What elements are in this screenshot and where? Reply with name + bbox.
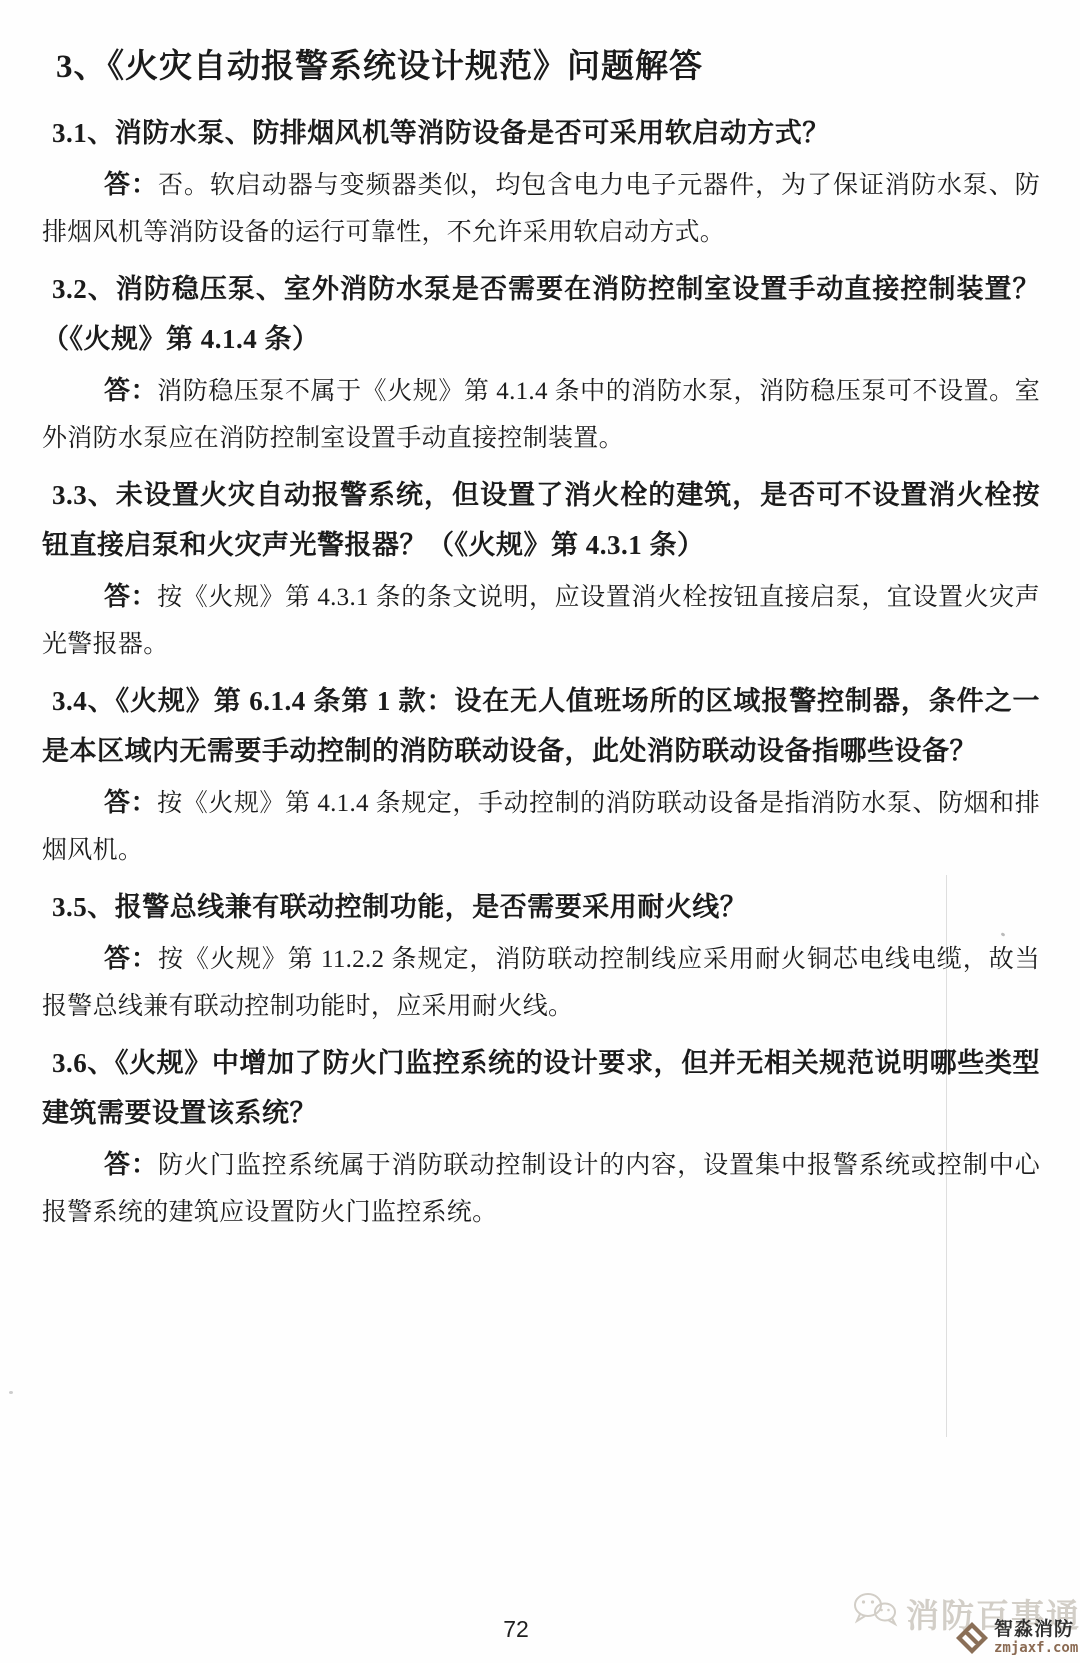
qa-item: 3.2、消防稳压泵、室外消防水泵是否需要在消防控制室设置手动直接控制装置？（《火…	[42, 264, 1040, 462]
answer-paragraph: 答：消防稳压泵不属于《火规》第 4.1.4 条中的消防水泵，消防稳压泵可不设置。…	[42, 367, 1040, 462]
answer-label: 答：	[104, 944, 158, 973]
question-text: 3.6、《火规》中增加了防火门监控系统的设计要求，但并无相关规范说明哪些类型建筑…	[42, 1038, 1040, 1138]
logo: 智淼消防 zmjaxf.com	[954, 1620, 1078, 1661]
answer-text: 消防稳压泵不属于《火规》第 4.1.4 条中的消防水泵，消防稳压泵可不设置。室外…	[42, 378, 1040, 452]
answer-label: 答：	[104, 170, 158, 199]
answer-paragraph: 答：按《火规》第 11.2.2 条规定，消防联动控制线应采用耐火铜芯电线电缆，故…	[42, 935, 1040, 1030]
page-title: 3、《火灾自动报警系统设计规范》问题解答	[56, 36, 1040, 98]
scan-artifact-line	[946, 875, 947, 1437]
logo-name: 智淼消防	[994, 1620, 1078, 1639]
question-text: 3.4、《火规》第 6.1.4 条第 1 款：设在无人值班场所的区域报警控制器，…	[42, 676, 1040, 776]
answer-label: 答：	[104, 582, 157, 611]
question-text: 3.2、消防稳压泵、室外消防水泵是否需要在消防控制室设置手动直接控制装置？（《火…	[42, 264, 1040, 364]
qa-item: 3.1、消防水泵、防排烟风机等消防设备是否可采用软启动方式？ 答：否。软启动器与…	[42, 108, 1040, 256]
answer-label: 答：	[104, 1150, 158, 1179]
question-text: 3.5、报警总线兼有联动控制功能，是否需要采用耐火线？	[42, 882, 1040, 932]
qa-item: 3.3、未设置火灾自动报警系统，但设置了消火栓的建筑，是否可不设置消火栓按钮直接…	[42, 470, 1040, 668]
diamond-logo-icon	[954, 1620, 990, 1661]
qa-item: 3.5、报警总线兼有联动控制功能，是否需要采用耐火线？ 答：按《火规》第 11.…	[42, 882, 1040, 1030]
document-page: 3、《火灾自动报警系统设计规范》问题解答 3.1、消防水泵、防排烟风机等消防设备…	[0, 0, 1080, 1663]
answer-paragraph: 答：按《火规》第 4.3.1 条的条文说明，应设置消火栓按钮直接启泵，宜设置火灾…	[42, 573, 1040, 668]
answer-text: 按《火规》第 11.2.2 条规定，消防联动控制线应采用耐火铜芯电线电缆，故当报…	[42, 946, 1040, 1020]
answer-text: 按《火规》第 4.3.1 条的条文说明，应设置消火栓按钮直接启泵，宜设置火灾声光…	[42, 584, 1040, 658]
document-content: 3、《火灾自动报警系统设计规范》问题解答 3.1、消防水泵、防排烟风机等消防设备…	[42, 36, 1040, 1244]
scan-speckle	[9, 1391, 13, 1394]
logo-site: zmjaxf.com	[994, 1641, 1078, 1655]
answer-text: 否。软启动器与变频器类似，均包含电力电子元器件，为了保证消防水泵、防排烟风机等消…	[42, 172, 1040, 246]
answer-paragraph: 答：否。软启动器与变频器类似，均包含电力电子元器件，为了保证消防水泵、防排烟风机…	[42, 161, 1040, 256]
answer-paragraph: 答：按《火规》第 4.1.4 条规定，手动控制的消防联动设备是指消防水泵、防烟和…	[42, 779, 1040, 874]
answer-label: 答：	[104, 376, 157, 405]
answer-label: 答：	[104, 788, 157, 817]
question-text: 3.3、未设置火灾自动报警系统，但设置了消火栓的建筑，是否可不设置消火栓按钮直接…	[42, 470, 1040, 570]
answer-text: 防火门监控系统属于消防联动控制设计的内容，设置集中报警系统或控制中心报警系统的建…	[42, 1152, 1040, 1226]
question-text: 3.1、消防水泵、防排烟风机等消防设备是否可采用软启动方式？	[42, 108, 1040, 158]
scan-speckle	[563, 437, 567, 440]
qa-item: 3.6、《火规》中增加了防火门监控系统的设计要求，但并无相关规范说明哪些类型建筑…	[42, 1038, 1040, 1236]
answer-paragraph: 答：防火门监控系统属于消防联动控制设计的内容，设置集中报警系统或控制中心报警系统…	[42, 1141, 1040, 1236]
qa-item: 3.4、《火规》第 6.1.4 条第 1 款：设在无人值班场所的区域报警控制器，…	[42, 676, 1040, 874]
wechat-icon	[852, 1590, 898, 1637]
answer-text: 按《火规》第 4.1.4 条规定，手动控制的消防联动设备是指消防水泵、防烟和排烟…	[42, 790, 1040, 864]
